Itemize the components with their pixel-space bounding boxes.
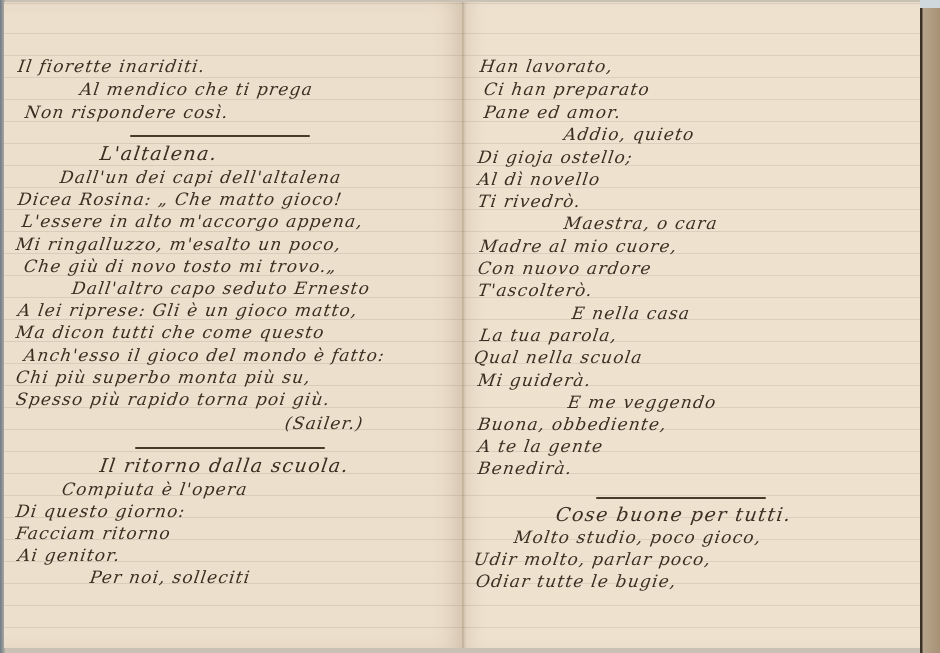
- poem-line: Di questo giorno:: [15, 502, 187, 522]
- poem-line: Mi guiderà.: [477, 371, 593, 391]
- left-opening-line-3: Non rispondere così.: [24, 103, 230, 123]
- poem-line: Dicea Rosina: „ Che matto gioco!: [17, 190, 344, 210]
- poem-line: Facciam ritorno: [15, 524, 173, 544]
- background-strip: [920, 0, 940, 8]
- poem-line: A lei riprese: Gli è un gioco matto,: [17, 301, 359, 321]
- poem-line: Compiuta è l'opera: [61, 480, 249, 500]
- poem-line: A te la gente: [477, 437, 605, 457]
- section-divider: [135, 447, 325, 449]
- poem-line: E me veggendo: [567, 393, 718, 413]
- poem-line: Dall'altro capo seduto Ernesto: [71, 279, 372, 299]
- poem-line: Anch'esso il gioco del mondo è fatto:: [23, 346, 387, 366]
- poem-line: Mi ringalluzzo, m'esalto un poco,: [15, 235, 343, 255]
- right-cover-edge: [920, 8, 940, 653]
- poem-line: Con nuovo ardore: [477, 259, 654, 279]
- poem-line: Spesso più rapido torna poi giù.: [15, 390, 332, 410]
- poem-attribution: (Sailer.): [284, 414, 365, 434]
- poem-title-cose-buone: Cose buone per tutti.: [554, 504, 793, 526]
- section-divider: [130, 135, 310, 137]
- notebook-spread: Il fiorette inariditi. Al mendico che ti…: [0, 0, 940, 653]
- poem-line: T'ascolterò.: [477, 281, 595, 301]
- poem-line: Addio, quieto: [563, 125, 696, 145]
- poem-line: L'essere in alto m'accorgo appena,: [21, 212, 365, 232]
- poem-line: Benedirà.: [477, 459, 574, 479]
- left-opening-line-1: Il fiorette inariditi.: [17, 57, 207, 77]
- poem-line: Dall'un dei capi dell'altalena: [59, 168, 343, 188]
- poem-line: Han lavorato,: [479, 57, 615, 77]
- poem-line: Molto studio, poco gioco,: [513, 528, 763, 548]
- poem-line: Pane ed amor.: [483, 103, 623, 123]
- poem-line: Maestra, o cara: [563, 214, 720, 234]
- poem-title-altalena: L'altalena.: [98, 143, 219, 165]
- poem-line: Madre al mio cuore,: [479, 237, 679, 257]
- poem-title-ritorno: Il ritorno dalla scuola.: [98, 455, 350, 477]
- section-divider: [596, 497, 766, 499]
- poem-line: Al dì novello: [477, 170, 602, 190]
- poem-line: Che giù di novo tosto mi trovo.„: [23, 257, 339, 277]
- poem-line: Per noi, solleciti: [89, 568, 252, 588]
- poem-line: Ma dicon tutti che come questo: [15, 323, 326, 343]
- poem-line: Ci han preparato: [483, 80, 652, 100]
- poem-line: Odiar tutte le bugie,: [475, 572, 678, 592]
- left-opening-line-2: Al mendico che ti prega: [79, 80, 315, 100]
- poem-line: E nella casa: [571, 304, 692, 324]
- poem-line: Chi più superbo monta più su,: [15, 368, 313, 388]
- poem-line: Ti rivedrò.: [477, 192, 583, 212]
- poem-line: Udir molto, parlar poco,: [473, 550, 713, 570]
- poem-line: Qual nella scuola: [473, 348, 644, 368]
- page-gutter: [462, 2, 466, 648]
- poem-line: Ai genitor.: [17, 546, 122, 566]
- poem-line: La tua parola,: [479, 326, 619, 346]
- poem-line: Di gioja ostello;: [477, 148, 635, 168]
- poem-line: Buona, obbediente,: [477, 415, 669, 435]
